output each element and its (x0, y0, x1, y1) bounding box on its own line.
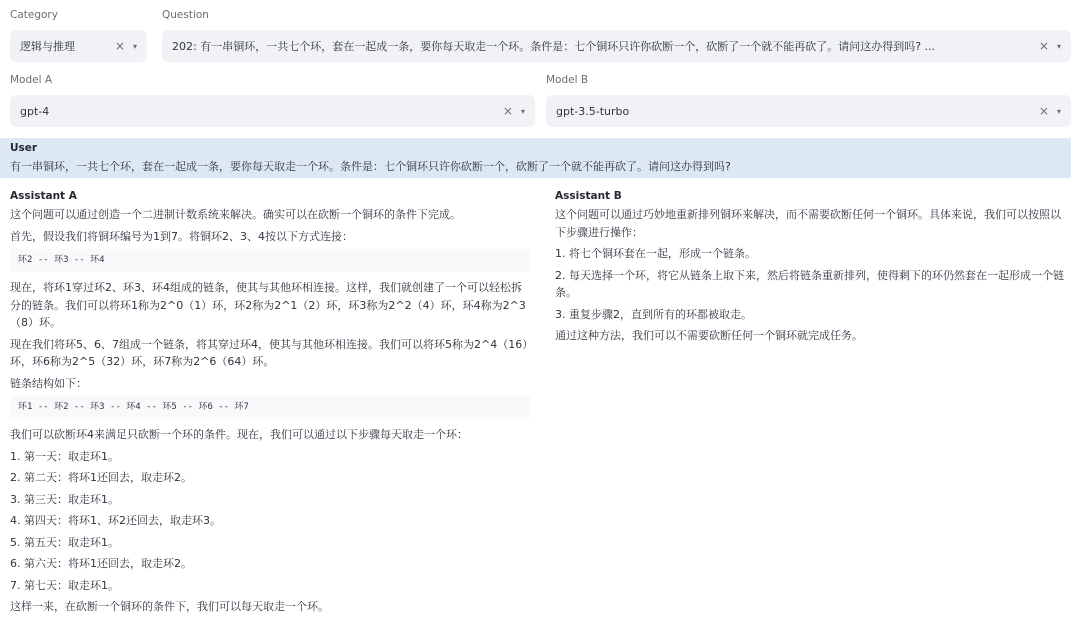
assistant-a-paragraph: 这个问题可以通过创造一个二进制计数系统来解决。确实可以在砍断一个铜环的条件下完成… (10, 206, 530, 224)
category-label: Category (10, 9, 58, 21)
assistant-a-panel: Assistant A 这个问题可以通过创造一个二进制计数系统来解决。确实可以在… (10, 186, 530, 620)
assistant-b-panel: Assistant B 这个问题可以通过巧妙地重新排列铜环来解决，而不需要砍断任… (555, 186, 1067, 349)
clear-icon[interactable]: × (115, 39, 125, 53)
question-select[interactable]: 202: 有一串铜环，一共七个环，套在一起成一条，要你每天取走一个环。条件是：七… (162, 30, 1071, 62)
model-b-label: Model B (546, 74, 588, 86)
model-a-select[interactable]: gpt-4 × ▾ (10, 95, 535, 127)
assistant-a-list-item: 5. 第五天：取走环1。 (10, 534, 530, 552)
user-role-label: User (10, 141, 1061, 155)
clear-icon[interactable]: × (503, 104, 513, 118)
assistant-a-list-item: 2. 第二天：将环1还回去，取走环2。 (10, 469, 530, 487)
assistant-a-paragraph: 首先，假设我们将铜环编号为1到7。将铜环2、3、4按以下方式连接： (10, 228, 530, 246)
chevron-down-icon[interactable]: ▾ (521, 107, 525, 116)
user-message-text: 有一串铜环，一共七个环，套在一起成一条，要你每天取走一个环。条件是：七个铜环只许… (10, 158, 1061, 176)
assistant-b-role-label: Assistant B (555, 186, 1067, 206)
chevron-down-icon[interactable]: ▾ (133, 42, 137, 51)
assistant-a-list-item: 1. 第一天：取走环1。 (10, 448, 530, 466)
assistant-a-list-item: 7. 第七天：取走环1。 (10, 577, 530, 595)
assistant-b-paragraph: 通过这种方法，我们可以不需要砍断任何一个铜环就完成任务。 (555, 327, 1067, 345)
assistant-a-code-block: 环1 -- 环2 -- 环3 -- 环4 -- 环5 -- 环6 -- 环7 (10, 396, 530, 419)
chevron-down-icon[interactable]: ▾ (1057, 42, 1061, 51)
model-b-value: gpt-3.5-turbo (556, 105, 1039, 118)
question-label: Question (162, 9, 209, 21)
clear-icon[interactable]: × (1039, 39, 1049, 53)
user-message-panel: User 有一串铜环，一共七个环，套在一起成一条，要你每天取走一个环。条件是：七… (0, 138, 1071, 178)
assistant-a-list-item: 3. 第三天：取走环1。 (10, 491, 530, 509)
chevron-down-icon[interactable]: ▾ (1057, 107, 1061, 116)
assistant-a-list-item: 6. 第六天：将环1还回去，取走环2。 (10, 555, 530, 573)
assistant-b-list-item: 2. 每天选择一个环，将它从链条上取下来，然后将链条重新排列，使得剩下的环仍然套… (555, 267, 1067, 302)
category-select[interactable]: 逻辑与推理 × ▾ (10, 30, 147, 62)
assistant-a-role-label: Assistant A (10, 186, 530, 206)
assistant-b-list-item: 1. 将七个铜环套在一起，形成一个链条。 (555, 245, 1067, 263)
clear-icon[interactable]: × (1039, 104, 1049, 118)
question-value: 202: 有一串铜环，一共七个环，套在一起成一条，要你每天取走一个环。条件是：七… (172, 38, 1039, 54)
model-b-select[interactable]: gpt-3.5-turbo × ▾ (546, 95, 1071, 127)
assistant-a-code-block: 环2 -- 环3 -- 环4 (10, 249, 530, 272)
assistant-b-list-item: 3. 重复步骤2，直到所有的环都被取走。 (555, 306, 1067, 324)
assistant-a-paragraph: 我们可以砍断环4来满足只砍断一个环的条件。现在，我们可以通过以下步骤每天取走一个… (10, 426, 530, 444)
assistant-b-paragraph: 这个问题可以通过巧妙地重新排列铜环来解决，而不需要砍断任何一个铜环。具体来说，我… (555, 206, 1067, 241)
category-value: 逻辑与推理 (20, 38, 115, 54)
model-a-value: gpt-4 (20, 105, 503, 118)
assistant-a-paragraph: 现在，将环1穿过环2、环3、环4组成的链条，使其与其他环相连接。这样，我们就创建… (10, 279, 530, 332)
assistant-a-list-item: 4. 第四天：将环1、环2还回去，取走环3。 (10, 512, 530, 530)
model-a-label: Model A (10, 74, 52, 86)
assistant-a-paragraph: 链条结构如下： (10, 375, 530, 393)
assistant-a-paragraph: 现在我们将环5、6、7组成一个链条，将其穿过环4，使其与其他环相连接。我们可以将… (10, 336, 530, 371)
assistant-a-paragraph: 这样一来，在砍断一个铜环的条件下，我们可以每天取走一个环。 (10, 598, 530, 616)
